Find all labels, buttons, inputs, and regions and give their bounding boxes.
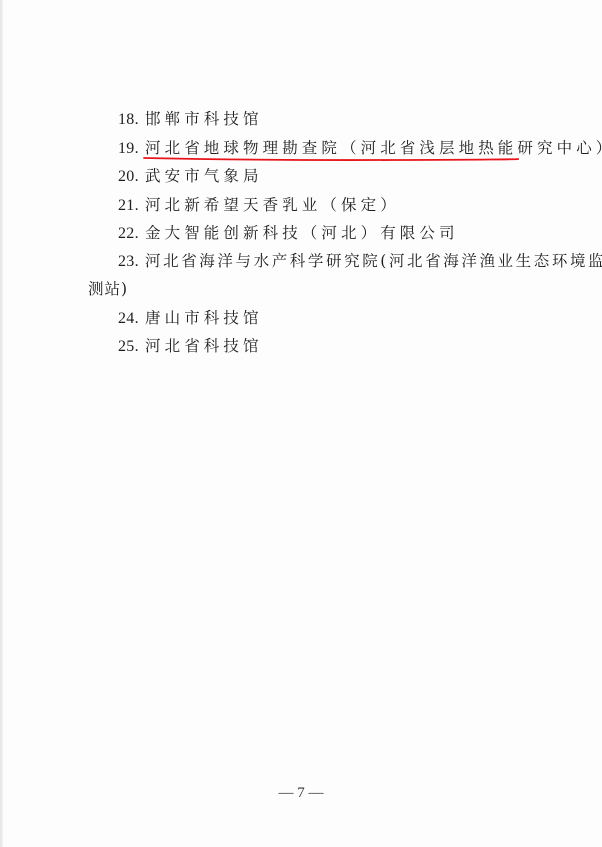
list-item: 25.河北省科技馆 — [118, 336, 263, 356]
item-number: 24. — [118, 309, 145, 329]
item-text: 武安市气象局 — [145, 167, 263, 185]
item-text: 河北省科技馆 — [145, 337, 263, 355]
item-number: 23. — [118, 252, 145, 272]
document-page: 18.邯郸市科技馆 19.河北省地球物理勘查院（河北省浅层地热能研究中心） 20… — [3, 0, 602, 847]
item-number: 20. — [118, 167, 145, 187]
page-number: — 7 — — [0, 783, 602, 803]
list-item: 18.邯郸市科技馆 — [118, 109, 263, 129]
list-item: 24.唐山市科技馆 — [118, 308, 263, 328]
item-number: 19. — [118, 139, 145, 159]
list-item: 22.金大智能创新科技（河北）有限公司 — [118, 223, 459, 243]
item-number: 22. — [118, 224, 145, 244]
item-text: 邯郸市科技馆 — [145, 110, 263, 128]
item-text: 河北新希望天香乳业（保定） — [145, 196, 400, 214]
list-item: 20.武安市气象局 — [118, 166, 263, 186]
item-text: 河北省海洋与水产科学研究院(河北省海洋渔业生态环境监 — [145, 252, 602, 270]
item-text: 唐山市科技馆 — [145, 309, 263, 327]
item-text: 金大智能创新科技（河北）有限公司 — [145, 224, 459, 242]
list-item-continuation: 测站) — [88, 279, 128, 299]
item-number: 21. — [118, 196, 145, 216]
item-number: 25. — [118, 337, 145, 357]
list-item: 23.河北省海洋与水产科学研究院(河北省海洋渔业生态环境监 — [118, 251, 602, 271]
list-item: 21.河北新希望天香乳业（保定） — [118, 195, 400, 215]
item-text-continuation: 测站) — [88, 280, 128, 298]
item-number: 18. — [118, 110, 145, 130]
red-underline-annotation — [143, 155, 519, 163]
